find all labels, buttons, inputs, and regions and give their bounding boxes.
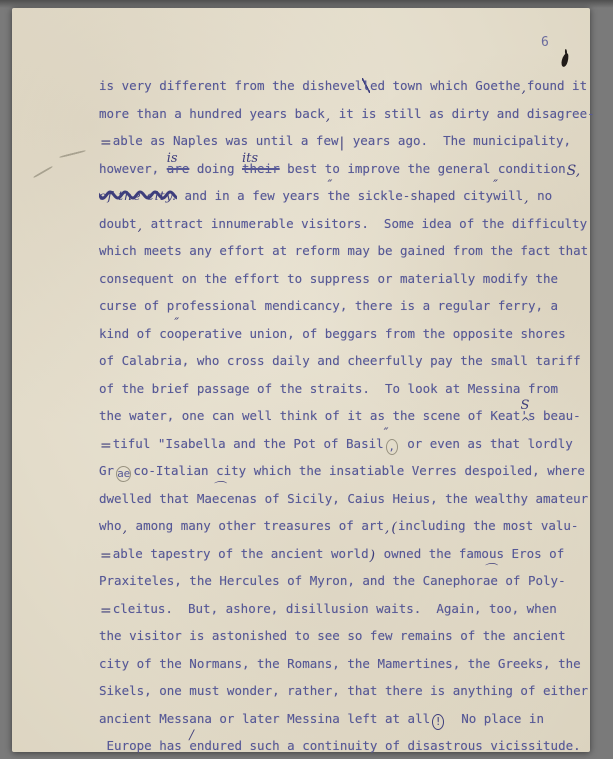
- typescript-line: consequent on the effort to suppress or …: [99, 265, 601, 293]
- typescript-line: who, among many other treasures of art,(…: [99, 512, 601, 540]
- handwritten-edit: of the city.: [99, 188, 177, 203]
- typed-text: curse of professional mendicancy, there …: [99, 298, 558, 313]
- handwritten-edit: S,: [567, 158, 581, 186]
- typed-text: No place in: [446, 711, 544, 726]
- handwritten-edit: ,: [138, 213, 142, 241]
- typed-text: the water, one can well think of it as t…: [99, 408, 520, 423]
- typed-text: consequent on the effort to suppress or …: [99, 271, 558, 286]
- handwritten-edit: ,: [123, 515, 127, 543]
- handwritten-edit: =: [100, 130, 112, 158]
- typed-text: or even as that lordly: [400, 436, 573, 451]
- pencil-mark: [33, 166, 53, 179]
- typed-text: Sikels, one must wonder, rather, that th…: [99, 683, 588, 698]
- typed-text: city of the Normans, the Romans, the Mam…: [99, 656, 581, 671]
- typed-text: it is still as dirty and disagree-: [331, 106, 594, 121]
- typed-text: of Calabria, who cross daily and cheerfu…: [99, 353, 581, 368]
- handwritten-edit: !: [432, 714, 444, 730]
- handwritten-edit: ,: [521, 75, 525, 103]
- typescript-line: is very different from the dishevelled t…: [99, 72, 601, 100]
- typed-text: among many other treasures of art: [128, 518, 384, 533]
- typescript-line: dwelled that Ma⌒ecenas of Sicily, Caius …: [99, 485, 601, 513]
- typescript-text: is very different from the dishevelled t…: [99, 72, 601, 759]
- typed-text: including the most valu-: [398, 518, 579, 533]
- typed-text: ed town which Goethe: [370, 78, 521, 93]
- typescript-line: more than a hundred years back, it is st…: [99, 100, 601, 128]
- typed-text: attract innumerable visitors. Some idea …: [143, 216, 587, 231]
- typed-text: able tapestry of the ancient world: [113, 546, 369, 561]
- typed-text: and in a few years: [177, 188, 328, 203]
- typescript-line: city of the Normans, the Romans, the Mam…: [99, 650, 601, 678]
- typed-text: cleitus. But, ashore, disillusion waits.…: [113, 601, 557, 616]
- typed-text: which meets any effort at reform may be …: [99, 243, 588, 258]
- handwritten-edit: =: [100, 543, 112, 571]
- typed-text: tiful "Isabella and the Pot of Basil: [113, 436, 384, 451]
- typescript-line: the water, one can well think of it as t…: [99, 402, 601, 430]
- handwritten-edit: =: [100, 433, 112, 461]
- pencil-mark: [59, 150, 86, 158]
- scan-shadow-edge: [0, 0, 613, 8]
- typed-text: co-Italian city which the insatiable Ver…: [133, 463, 585, 478]
- handwritten-edit: |: [340, 130, 345, 158]
- typed-text: doing: [189, 161, 242, 176]
- handwritten-edit: l: [362, 78, 370, 93]
- handwritten-edit: =: [100, 598, 112, 626]
- ink-blot-mark: [560, 52, 569, 67]
- typed-text: ancient Messana or later Messina left at…: [99, 711, 430, 726]
- typed-text: Europe has: [99, 738, 189, 753]
- typed-text: no: [530, 188, 553, 203]
- typed-text: best to improve the general condition: [280, 161, 566, 176]
- typed-text: endured such a continuity of disastrous …: [189, 738, 580, 753]
- typed-text: Praxiteles, the Hercules of Myron, and t…: [99, 573, 483, 588]
- typescript-line: Graeco-Italian city which the insatiable…: [99, 457, 601, 485]
- typed-text: who: [99, 518, 122, 533]
- typed-text: dwelled that Ma: [99, 491, 212, 506]
- typed-text: is very different from the dishevel: [99, 78, 362, 93]
- handwritten-edit: ,: [524, 185, 528, 213]
- typed-text: operative union, of beggars from the opp…: [174, 326, 565, 341]
- handwritten-edit: ae: [116, 466, 131, 482]
- typescript-line: of the city. and in a few years ″the sic…: [99, 182, 601, 210]
- typescript-line: which meets any effort at reform may be …: [99, 237, 601, 265]
- typescript-line: Sikels, one must wonder, rather, that th…: [99, 677, 601, 705]
- typescript-line: ancient Messana or later Messina left at…: [99, 705, 601, 733]
- typescript-line: =tiful "Isabella and the Pot of Basil″, …: [99, 430, 601, 458]
- typescript-line: however, isare doing itstheir best to im…: [99, 155, 601, 183]
- typescript-line: =cleitus. But, ashore, disillusion waits…: [99, 595, 601, 623]
- typed-text: more than a hundred years back: [99, 106, 325, 121]
- handwritten-edit: ,: [386, 439, 398, 455]
- manuscript-page: 6 is very different from the dishevelled…: [12, 8, 590, 752]
- typed-text: Gr: [99, 463, 114, 478]
- typed-text: the sickle-shaped city: [327, 188, 493, 203]
- typed-text: doubt: [99, 216, 137, 231]
- scanned-typescript-screenshot: { "page": { "number": "6" }, "colors": {…: [0, 0, 613, 759]
- handwritten-edit: (: [391, 515, 396, 543]
- handwritten-edit: ,: [385, 515, 389, 543]
- typescript-line: Praxiteles, the Hercules of Myron, and t…: [99, 567, 601, 595]
- typescript-line: doubt, attract innumerable visitors. Som…: [99, 210, 601, 238]
- page-number: 6: [541, 35, 549, 50]
- typescript-line: the visitor is astonished to see so few …: [99, 622, 601, 650]
- typescript-line: of Calabria, who cross daily and cheerfu…: [99, 347, 601, 375]
- typed-text: kind of co: [99, 326, 174, 341]
- typescript-line: Europe has /endured such a continuity of…: [99, 732, 601, 759]
- typed-text: found it: [527, 78, 587, 93]
- handwritten-edit: ): [370, 543, 375, 571]
- typescript-line: kind of co″operative union, of beggars f…: [99, 320, 601, 348]
- typed-text: however,: [99, 161, 167, 176]
- typed-text: ecenas of Sicily, Caius Heius, the wealt…: [212, 491, 588, 506]
- typed-text: years ago. The municipality,: [345, 133, 571, 148]
- typed-text: the visitor is astonished to see so few …: [99, 628, 566, 643]
- typed-text: able as Naples was until a few: [113, 133, 339, 148]
- handwritten-edit: ,: [326, 103, 330, 131]
- typescript-line: =able tapestry of the ancient world) own…: [99, 540, 601, 568]
- typed-text: of the brief passage of the straits. To …: [99, 381, 558, 396]
- typed-text: owned the famous Eros of: [376, 546, 564, 561]
